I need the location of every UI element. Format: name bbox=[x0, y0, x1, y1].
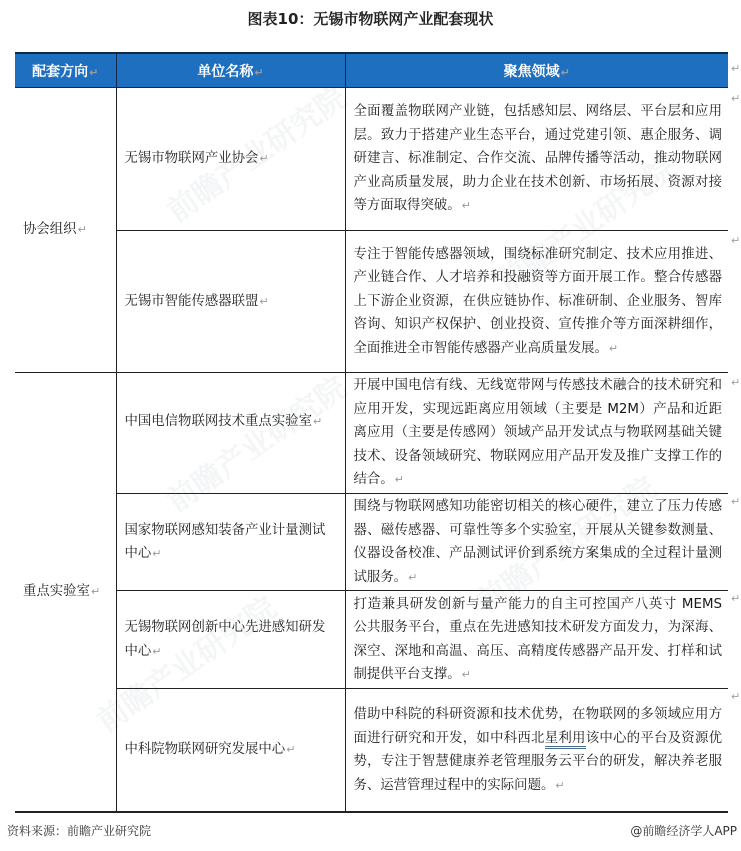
spellcheck-underline: 星利用 bbox=[545, 731, 586, 749]
focus-cell: 开展中国电信有线、无线宽带网与传感技术融合的技术研究和应用开发，实现远距离应用领… bbox=[345, 373, 728, 494]
direction-cell: 重点实验室↵ bbox=[15, 373, 116, 812]
focus-cell: 围绕与物联网感知功能密切相关的核心硬件，建立了压力传感器、磁传感器、可靠性等多个… bbox=[345, 493, 728, 590]
unit-cell: 无锡物联网创新中心先进感知研发中心↵ bbox=[116, 591, 345, 689]
industry-support-table: 配套方向↵ 单位名称↵ 聚焦领域↵ 协会组织↵ 无锡市物联网产业协会↵ 全面覆盖… bbox=[15, 52, 728, 813]
column-header-unit: 单位名称↵ bbox=[116, 53, 345, 88]
figure-title: 图表10：无锡市物联网产业配套现状 bbox=[0, 8, 741, 29]
table-row: 协会组织↵ 无锡市物联网产业协会↵ 全面覆盖物联网产业链，包括感知层、网络层、平… bbox=[15, 88, 728, 231]
source-note: 资料来源：前瞻产业研究院 bbox=[7, 822, 151, 839]
focus-cell: 全面覆盖物联网产业链，包括感知层、网络层、平台层和应用层。致力于搭建产业生态平台… bbox=[345, 88, 728, 231]
table-row: 无锡物联网创新中心先进感知研发中心↵ 打造兼具研发创新与量产能力的自主可控国产八… bbox=[15, 591, 728, 689]
focus-cell: 借助中科院的科研资源和技术优势，在物联网的多领域应用方面进行研究和开发，如中科西… bbox=[345, 689, 728, 812]
return-mark: ↵ bbox=[731, 234, 740, 247]
unit-cell: 无锡市智能传感器联盟↵ bbox=[116, 231, 345, 373]
direction-cell: 协会组织↵ bbox=[15, 88, 116, 373]
return-mark: ↵ bbox=[731, 495, 740, 508]
unit-cell: 无锡市物联网产业协会↵ bbox=[116, 88, 345, 231]
return-mark: ↵ bbox=[731, 62, 740, 75]
column-header-direction: 配套方向↵ bbox=[15, 53, 116, 88]
unit-cell: 国家物联网感知装备产业计量测试中心↵ bbox=[116, 493, 345, 590]
return-mark: ↵ bbox=[731, 92, 740, 105]
table-header-row: 配套方向↵ 单位名称↵ 聚焦领域↵ bbox=[15, 53, 728, 88]
table-row: 国家物联网感知装备产业计量测试中心↵ 围绕与物联网感知功能密切相关的核心硬件，建… bbox=[15, 493, 728, 590]
credit-note: @前瞻经济学人APP bbox=[630, 822, 737, 839]
return-mark: ↵ bbox=[731, 592, 740, 605]
table-row: 中科院物联网研究发展中心↵ 借助中科院的科研资源和技术优势，在物联网的多领域应用… bbox=[15, 689, 728, 812]
table-row: 无锡市智能传感器联盟↵ 专注于智能传感器领域，围绕标准研究制定、技术应用推进、产… bbox=[15, 231, 728, 373]
unit-cell: 中国电信物联网技术重点实验室↵ bbox=[116, 373, 345, 494]
return-mark: ↵ bbox=[731, 376, 740, 389]
table-row: 重点实验室↵ 中国电信物联网技术重点实验室↵ 开展中国电信有线、无线宽带网与传感… bbox=[15, 373, 728, 494]
focus-cell: 打造兼具研发创新与量产能力的自主可控国产八英寸 MEMS 公共服务平台，重点在先… bbox=[345, 591, 728, 689]
unit-cell: 中科院物联网研究发展中心↵ bbox=[116, 689, 345, 812]
return-mark: ↵ bbox=[731, 690, 740, 703]
focus-cell: 专注于智能传感器领域，围绕标准研究制定、技术应用推进、产业链合作、人才培养和投融… bbox=[345, 231, 728, 373]
column-header-focus: 聚焦领域↵ bbox=[345, 53, 728, 88]
